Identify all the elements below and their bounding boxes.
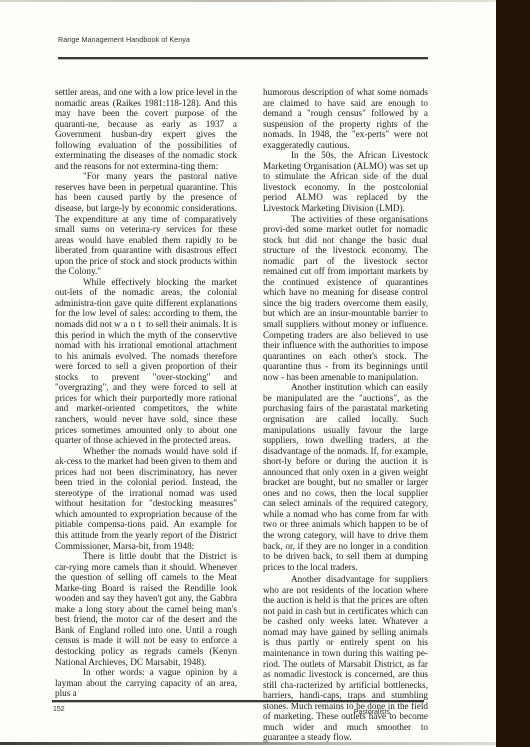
emphasis-text: want: [114, 319, 144, 329]
paragraph-continuation: settler areas, and one with a low price …: [55, 87, 237, 171]
right-column: humorous description of what some nomads…: [263, 87, 428, 743]
block-quote: There is little doubt that the District …: [55, 551, 237, 667]
running-header-title: Range Management Handbook of Kenya: [58, 35, 190, 44]
left-column: settler areas, and one with a low price …: [55, 87, 237, 699]
paragraph: Another institution which can easily be …: [263, 382, 428, 572]
paragraph: While effectively blocking the market ou…: [55, 277, 237, 446]
paragraph: The activities of these organisations pr…: [263, 214, 428, 383]
paragraph: Whether the nomads would have sold if ak…: [55, 446, 237, 551]
paragraph: In other words: a vague opinion by a lay…: [55, 667, 237, 699]
paragraph-continuation: humorous description of what some nomads…: [263, 87, 428, 150]
block-quote: "For many years the pastoral native rese…: [55, 171, 237, 276]
header-rule: [58, 57, 428, 60]
footer-rule: [52, 700, 424, 703]
page-number: 152: [53, 706, 65, 713]
paragraph-text: to sell their animals. It is this period…: [55, 319, 237, 445]
footer-section-title: Pastoralists: [354, 709, 390, 716]
page-bottom-edge: [0, 742, 496, 745]
book-spine-shadow: [496, 0, 530, 747]
paragraph: Another disadvantage for suppliers who a…: [263, 574, 428, 743]
page-top-edge: [0, 0, 496, 2]
book-page: Range Management Handbook of Kenya settl…: [0, 0, 496, 745]
paragraph: In the 50s, the African Livestock Market…: [263, 150, 428, 213]
